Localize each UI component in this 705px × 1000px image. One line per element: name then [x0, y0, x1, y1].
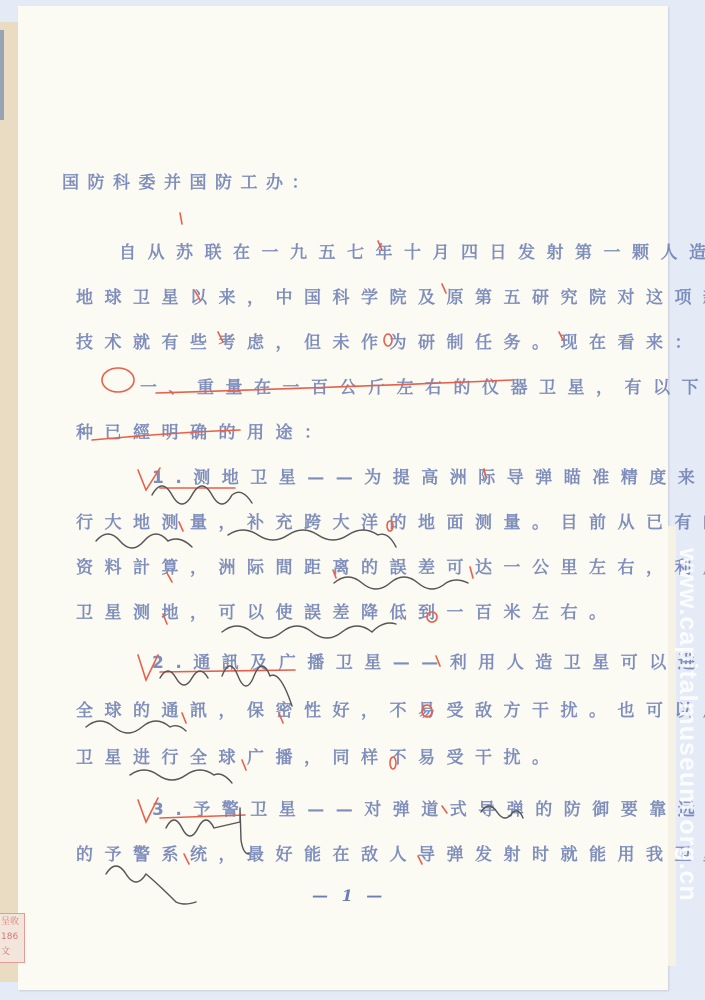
stamp-line: 呈收 — [1, 917, 19, 927]
stamp-line: 文 — [1, 947, 10, 957]
body-line: 行大地测量，补充跨大洋的地面测量。目前从已有的 — [76, 508, 705, 533]
page-number: — 1 — — [312, 886, 386, 905]
receipt-stamp: 呈收 186 文 — [0, 913, 25, 963]
item-communication-satellite: 2.通訊及广播卫星——利用人造卫星可以进行 — [152, 648, 705, 673]
body-line: 全球的通訊，保密性好，不易受敌方干扰。也可以用 — [76, 696, 705, 721]
body-line: 卫星测地，可以使誤差降低到一百米左右。 — [76, 598, 618, 623]
item-geodetic-satellite: 1.测地卫星——为提高洲际导弹瞄准精度来进 — [152, 463, 705, 488]
item-early-warning-satellite: 3.予警卫星——对弹道式导弹的防御要靠远程 — [152, 795, 705, 820]
body-line: 种已經明确的用途： — [76, 418, 333, 443]
body-line: 的予警系统，最好能在敌人导弹发射时就能用我卫星 — [76, 840, 705, 865]
backing-tab — [0, 30, 4, 120]
body-line: 地球卫星以来，中国科学院及原第五研究院对这项新 — [76, 283, 705, 308]
stamp-line: 186 — [1, 932, 18, 942]
body-line: 技术就有些考虑，但未作为研制任务。现在看来： — [76, 328, 703, 353]
salutation: 国防科委并国防工办： — [62, 168, 317, 193]
body-line: 自从苏联在一九五七年十月四日发射第一颗人造 — [119, 238, 705, 263]
body-line: 资料計算，洲际間距离的誤差可达一公里左右，利用 — [76, 553, 705, 578]
watermark: www.capitalmuseum.org.cn — [662, 548, 702, 978]
body-line: 卫星进行全球广播，同样不易受干扰。 — [76, 743, 561, 768]
section-heading-1: 一、重量在一百公斤左右的仪器卫星，有以下几 — [140, 373, 705, 398]
